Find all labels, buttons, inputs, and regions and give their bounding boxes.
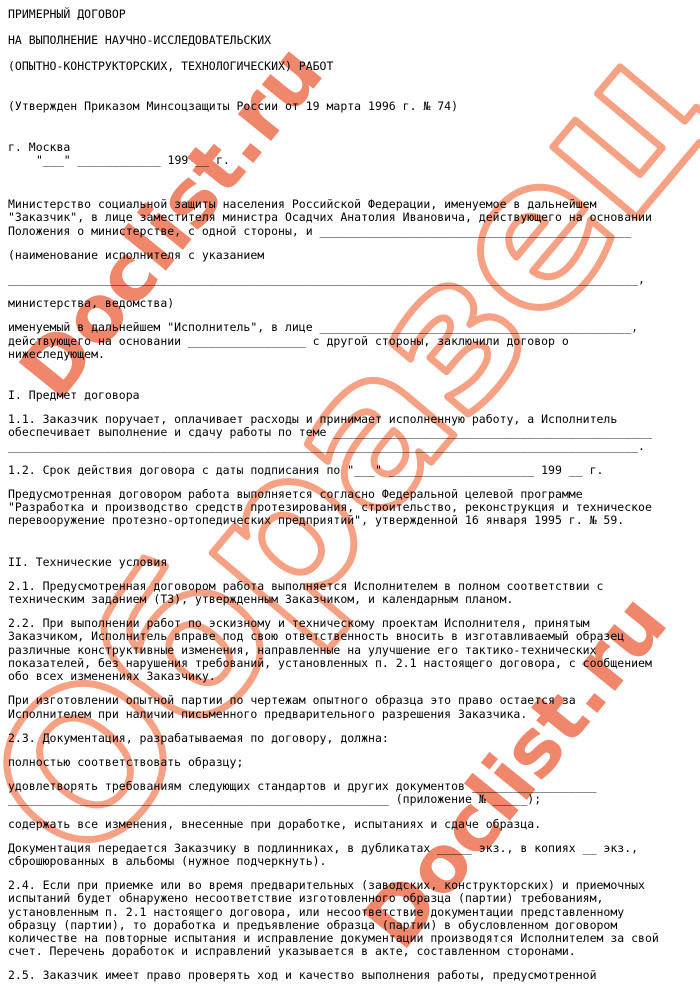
- executor-name-caption-bottom: министерства, ведомства): [8, 297, 661, 310]
- clause-1-2: 1.2. Срок действия договора с даты подпи…: [8, 464, 661, 477]
- section-2-heading: II. Технические условия: [8, 556, 661, 569]
- clause-2-3-item-1: полностью соответствовать образцу;: [8, 756, 661, 769]
- date-blank-line: "___" ____________ 199 __ г.: [36, 154, 661, 167]
- clause-2-3-item-3: содержать все изменения, внесенные при д…: [8, 818, 661, 831]
- clause-2-4: 2.4. Если при приемке или во время предв…: [8, 879, 661, 958]
- paragraph-preamble: Министерство социальной защиты населения…: [8, 198, 661, 238]
- document-page: Образец Doclist.ru Doclist.ru ПРИМЕРНЫЙ …: [0, 0, 700, 1000]
- clause-2-3-item-2: удовлетворять требованиям следующих стан…: [8, 780, 661, 806]
- clause-1-2-note: Предусмотренная договором работа выполня…: [8, 488, 661, 528]
- clause-2-3-note: Документация передается Заказчику в подл…: [8, 842, 661, 868]
- clause-2-1: 2.1. Предусмотренная договором работа вы…: [8, 580, 661, 606]
- doc-title-line-2: НА ВЫПОЛНЕНИЕ НАУЧНО-ИССЛЕДОВАТЕЛЬСКИХ: [8, 34, 661, 47]
- clause-2-2-note: При изготовлении опытной партии по черте…: [8, 694, 661, 720]
- document-content: ПРИМЕРНЫЙ ДОГОВОР НА ВЫПОЛНЕНИЕ НАУЧНО-И…: [0, 0, 661, 983]
- executor-name-caption-top: (наименование исполнителя с указанием: [8, 249, 661, 262]
- clause-2-2: 2.2. При выполнении работ по эскизному и…: [8, 617, 661, 683]
- paragraph-executor: именуемый в дальнейшем "Исполнитель", в …: [8, 321, 661, 361]
- doc-title-line-3: (ОПЫТНО-КОНСТРУКТОРСКИХ, ТЕХНОЛОГИЧЕСКИХ…: [8, 60, 661, 73]
- clause-1-1: 1.1. Заказчик поручает, оплачивает расхо…: [8, 413, 661, 453]
- clause-2-3: 2.3. Документация, разрабатываемая по до…: [8, 732, 661, 745]
- doc-title-line-1: ПРИМЕРНЫЙ ДОГОВОР: [8, 8, 661, 21]
- approval-line: (Утвержден Приказом Минсоцзащиты России …: [8, 100, 661, 113]
- section-1-heading: I. Предмет договора: [8, 389, 661, 402]
- executor-blank-line: ________________________________________…: [8, 273, 661, 286]
- clause-2-5-partial: 2.5. Заказчик имеет право проверять ход …: [8, 969, 661, 982]
